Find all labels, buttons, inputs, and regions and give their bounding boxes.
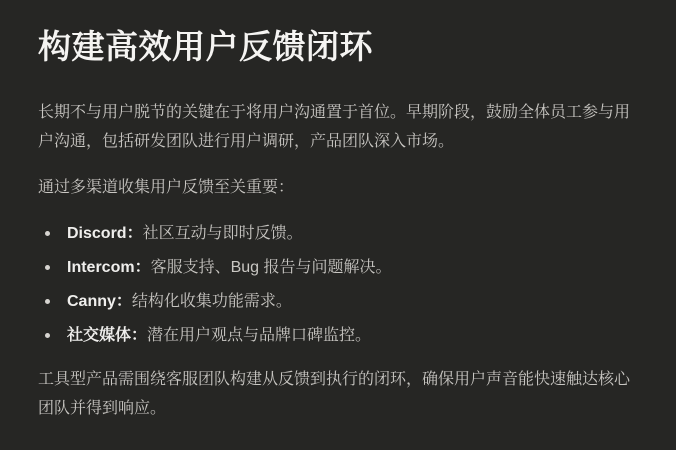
feedback-channel-list: Discord：社区互动与即时反馈。 Intercom：客服支持、Bug 报告与… (38, 219, 640, 350)
closing-paragraph: 工具型产品需围绕客服团队构建从反馈到执行的闭环，确保用户声音能快速触达核心团队并… (38, 365, 640, 423)
list-item: Canny：结构化收集功能需求。 (38, 287, 640, 316)
bullet-icon (45, 265, 50, 270)
page-title: 构建高效用户反馈闭环 (38, 26, 640, 68)
bullet-icon (45, 299, 50, 304)
document-page: 构建高效用户反馈闭环 长期不与用户脱节的关键在于将用户沟通置于首位。早期阶段，鼓… (0, 0, 676, 450)
list-item: 社交媒体：潜在用户观点与品牌口碑监控。 (38, 321, 640, 350)
list-item: Discord：社区互动与即时反馈。 (38, 219, 640, 248)
list-item: Intercom：客服支持、Bug 报告与问题解决。 (38, 253, 640, 282)
list-item-text: 潜在用户观点与品牌口碑监控。 (147, 327, 371, 344)
list-item-text: 社区互动与即时反馈。 (143, 225, 303, 242)
list-item-label: Intercom： (67, 259, 151, 276)
intro-paragraph: 长期不与用户脱节的关键在于将用户沟通置于首位。早期阶段，鼓励全体员工参与用户沟通… (38, 98, 640, 156)
bullet-icon (45, 231, 50, 236)
list-item-text: 客服支持、Bug 报告与问题解决。 (151, 259, 392, 276)
list-item-text: 结构化收集功能需求。 (132, 293, 292, 310)
bullet-icon (45, 333, 50, 338)
list-item-label: 社交媒体： (67, 327, 147, 344)
lead-in-paragraph: 通过多渠道收集用户反馈至关重要： (38, 173, 640, 202)
list-item-label: Canny： (67, 293, 132, 310)
list-item-label: Discord： (67, 225, 143, 242)
